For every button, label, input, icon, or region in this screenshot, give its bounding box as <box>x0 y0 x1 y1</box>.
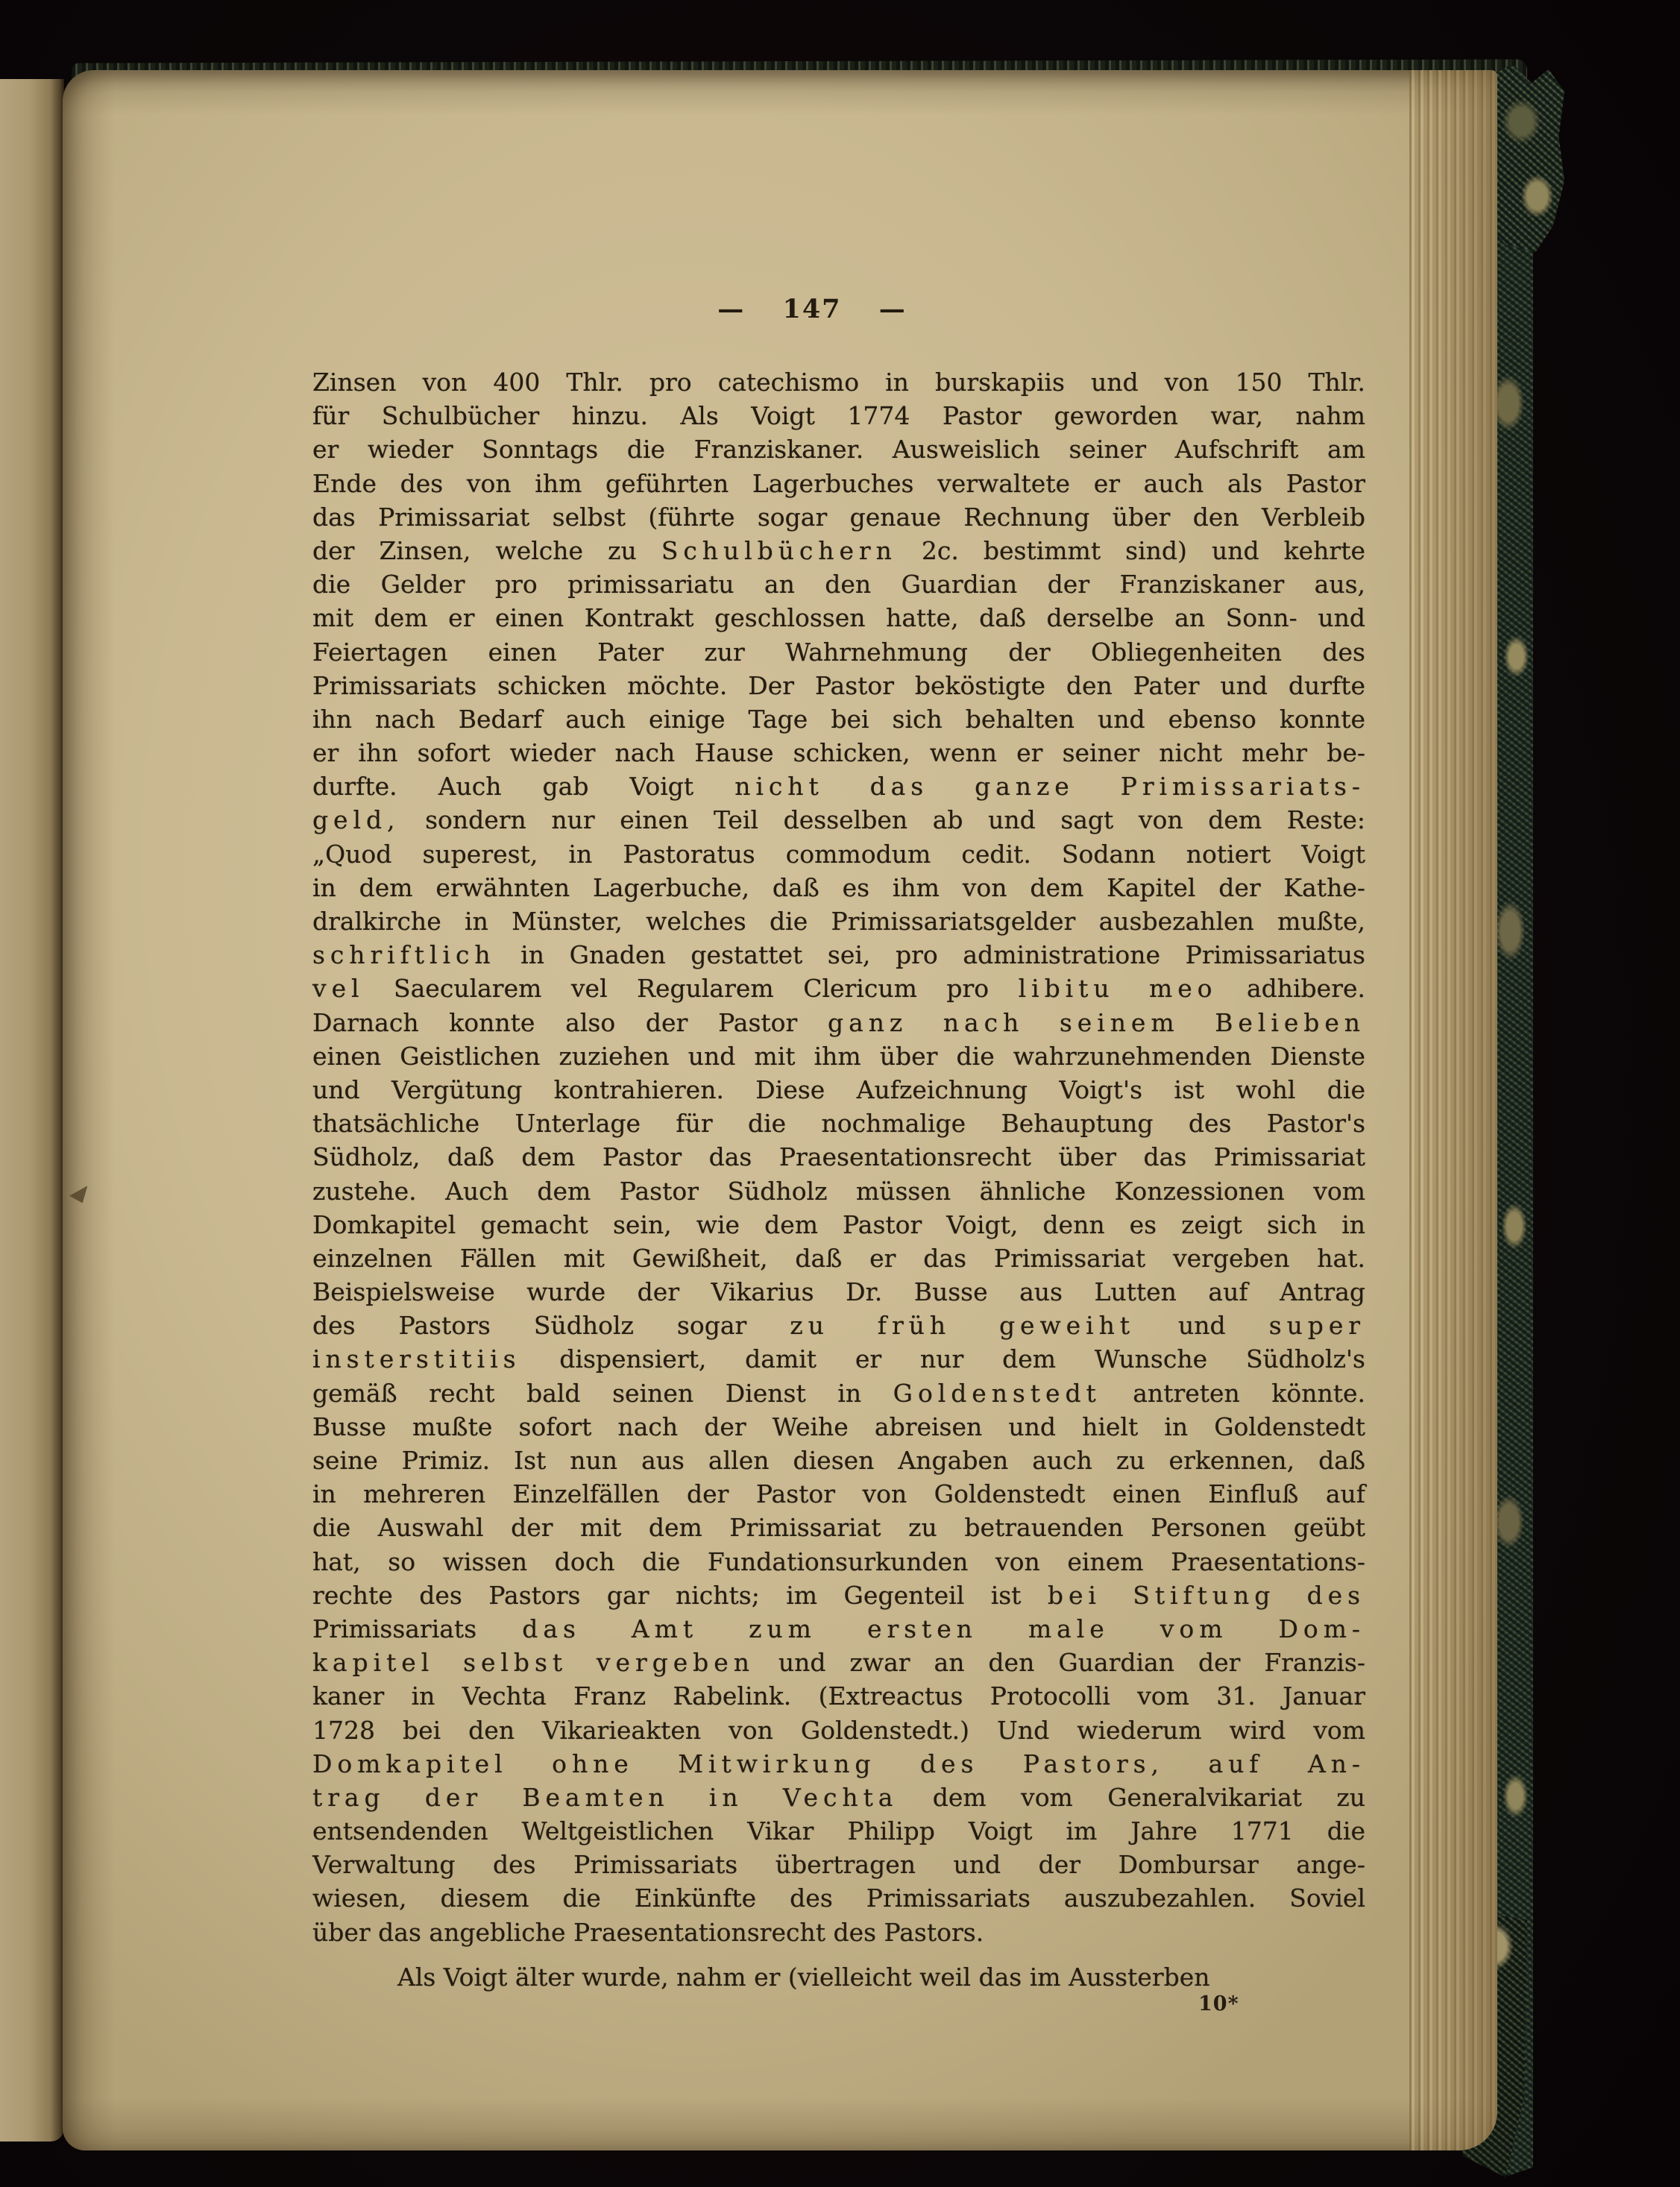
letterspaced-text: Domkapitel ohne Mitwirkung des Pastors, … <box>312 1749 1365 1778</box>
letterspaced-text: ganz nach seinem Belieben <box>828 1008 1365 1037</box>
text-line: Domkapitel ohne Mitwirkung des Pastors, … <box>312 1747 1365 1781</box>
marbled-cover-edge <box>1491 66 1533 2176</box>
text-line: „Quod superest, in Pastoratus commodum c… <box>312 837 1365 871</box>
letterspaced-text: nicht das ganze Primissariats- <box>734 772 1365 801</box>
body-text: hat, so wissen doch die Fundationsurkund… <box>312 1547 1365 1576</box>
text-line: der Zinsen, welche zu Schulbüchern 2c. b… <box>312 534 1365 567</box>
text-line: Primissariats schicken möchte. Der Pasto… <box>312 669 1365 702</box>
body-text: einzelnen Fällen mit Gewißheit, daß er d… <box>312 1244 1365 1273</box>
letterspaced-text: schriftlich <box>312 940 496 969</box>
body-text: kaner in Vechta Franz Rabelink. (Extreac… <box>312 1681 1365 1711</box>
body-text: und Vergütung kontrahieren. Diese Aufzei… <box>312 1075 1365 1104</box>
letterspaced-text: geld, <box>312 805 400 834</box>
text-line: Zinsen von 400 Thlr. pro catechismo in b… <box>312 365 1365 399</box>
letterspaced-text: Schulbüchern <box>661 536 897 565</box>
body-text: wiesen, diesem die Einkünfte des Primiss… <box>312 1884 1365 1913</box>
body-text: sondern nur einen Teil desselben ab und … <box>400 805 1365 834</box>
body-text: adhibere. <box>1217 974 1365 1003</box>
text-line: ihn nach Bedarf auch einige Tage bei sic… <box>312 702 1365 736</box>
text-line: einzelnen Fällen mit Gewißheit, daß er d… <box>312 1242 1365 1275</box>
body-text: Verwaltung des Primissariats übertragen … <box>312 1850 1365 1879</box>
text-line: vel Saecularem vel Regularem Clericum pr… <box>312 972 1365 1005</box>
body-text: Darnach konnte also der Pastor <box>312 1008 828 1037</box>
letterspaced-text: Goldenstedt <box>893 1379 1101 1408</box>
body-text: durfte. Auch gab Voigt <box>312 772 734 801</box>
text-line: in dem erwähnten Lagerbuche, daß es ihm … <box>312 871 1365 904</box>
text-line: Südholz, daß dem Pastor das Praesentatio… <box>312 1140 1365 1174</box>
book-page: — 147 — Zinsen von 400 Thlr. pro catechi… <box>63 70 1497 2150</box>
text-line: er wieder Sonntags die Franziskaner. Aus… <box>312 432 1365 466</box>
body-text: Primissariats <box>312 1614 522 1643</box>
body-text: Zinsen von 400 Thlr. pro catechismo in b… <box>312 368 1365 397</box>
body-text: 1728 bei den Vikarieakten von Goldensted… <box>312 1716 1365 1745</box>
body-text: rechte des Pastors gar nichts; im Gegent… <box>312 1581 1048 1610</box>
body-text: Feiertagen einen Pater zur Wahrnehmung d… <box>312 638 1365 667</box>
body-text: Beispielsweise wurde der Vikarius Dr. Bu… <box>312 1277 1365 1306</box>
letterspaced-text: trag der Beamten in Vechta <box>312 1783 898 1812</box>
body-text: 2c. bestimmt sind) und kehrte <box>897 536 1365 565</box>
text-line: schriftlich in Gnaden gestattet sei, pro… <box>312 938 1365 972</box>
signature-mark: 10* <box>1198 1992 1239 2015</box>
body-text: Busse mußte sofort nach der Weihe abreis… <box>312 1412 1365 1441</box>
letterspaced-text: bei Stiftung des <box>1048 1581 1365 1610</box>
letterspaced-text: libitu meo <box>1019 974 1218 1003</box>
body-text: die Auswahl der mit dem Primissariat zu … <box>312 1513 1365 1542</box>
text-line: Beispielsweise wurde der Vikarius Dr. Bu… <box>312 1275 1365 1309</box>
body-text: in dem erwähnten Lagerbuche, daß es ihm … <box>312 873 1365 902</box>
body-text: des Pastors Südholz sogar <box>312 1311 790 1340</box>
body-text: zustehe. Auch dem Pastor Südholz müssen … <box>312 1177 1365 1206</box>
text-line: für Schulbücher hinzu. Als Voigt 1774 Pa… <box>312 399 1365 432</box>
text-line: des Pastors Südholz sogar zu früh geweih… <box>312 1309 1365 1342</box>
text-line: Domkapitel gemacht sein, wie dem Pastor … <box>312 1208 1365 1242</box>
text-line: Ende des von ihm geführten Lagerbuches v… <box>312 467 1365 500</box>
text-line: das Primissariat selbst (führte sogar ge… <box>312 500 1365 534</box>
body-text: über das angebliche Praesentationsrecht … <box>312 1918 984 1947</box>
text-line: Feiertagen einen Pater zur Wahrnehmung d… <box>312 635 1365 669</box>
text-line: rechte des Pastors gar nichts; im Gegent… <box>312 1579 1365 1612</box>
body-text: entsendenden Weltgeistlichen Vikar Phili… <box>312 1816 1365 1845</box>
text-line: Als Voigt älter wurde, nahm er (vielleic… <box>312 1960 1365 1994</box>
body-text: ihn nach Bedarf auch einige Tage bei sic… <box>312 705 1365 734</box>
letterspaced-text: zu früh geweiht <box>790 1311 1135 1340</box>
text-line: Busse mußte sofort nach der Weihe abreis… <box>312 1410 1365 1444</box>
letterspaced-text: super <box>1269 1311 1365 1340</box>
body-text: dralkirche in Münster, welches die Primi… <box>312 907 1365 936</box>
body-text: mit dem er einen Kontrakt geschlossen ha… <box>312 603 1365 632</box>
body-text: und <box>1135 1311 1269 1340</box>
body-text: dispensiert, damit er nur dem Wunsche Sü… <box>520 1344 1365 1373</box>
text-line: gemäß recht bald seinen Dienst in Golden… <box>312 1376 1365 1410</box>
body-text: der Zinsen, welche zu <box>312 536 661 565</box>
text-line: thatsächliche Unterlage für die nochmali… <box>312 1107 1365 1140</box>
text-line: insterstitiis dispensiert, damit er nur … <box>312 1342 1365 1376</box>
text-line: kapitel selbst vergeben und zwar an den … <box>312 1646 1365 1679</box>
text-line: einen Geistlichen zuziehen und mit ihm ü… <box>312 1039 1365 1073</box>
body-text: Domkapitel gemacht sein, wie dem Pastor … <box>312 1210 1365 1239</box>
body-text: die Gelder pro primissariatu an den Guar… <box>312 570 1365 599</box>
text-line: entsendenden Weltgeistlichen Vikar Phili… <box>312 1814 1365 1848</box>
body-text: er wieder Sonntags die Franziskaner. Aus… <box>312 435 1365 464</box>
text-line: durfte. Auch gab Voigt nicht das ganze P… <box>312 770 1365 803</box>
text-line: die Gelder pro primissariatu an den Guar… <box>312 567 1365 601</box>
body-text: Als Voigt älter wurde, nahm er (vielleic… <box>397 1963 1210 1992</box>
text-line: dralkirche in Münster, welches die Primi… <box>312 904 1365 938</box>
body-text: thatsächliche Unterlage für die nochmali… <box>312 1109 1365 1138</box>
text-line: wiesen, diesem die Einkünfte des Primiss… <box>312 1881 1365 1915</box>
text-line: in mehreren Einzelfällen der Pastor von … <box>312 1477 1365 1511</box>
text-line: kaner in Vechta Franz Rabelink. (Extreac… <box>312 1679 1365 1713</box>
text-line: über das angebliche Praesentationsrecht … <box>312 1916 1365 1949</box>
text-line: zustehe. Auch dem Pastor Südholz müssen … <box>312 1174 1365 1208</box>
text-line: Primissariats das Amt zum ersten male vo… <box>312 1612 1365 1646</box>
text-line: und Vergütung kontrahieren. Diese Aufzei… <box>312 1073 1365 1107</box>
body-text: das Primissariat selbst (führte sogar ge… <box>312 503 1365 532</box>
letterspaced-text: insterstitiis <box>312 1344 520 1373</box>
body-text: antreten könnte. <box>1101 1379 1365 1408</box>
text-line: hat, so wissen doch die Fundationsurkund… <box>312 1545 1365 1579</box>
marbled-cover-corner-patch <box>1493 66 1564 252</box>
facing-page-edge <box>0 79 64 2142</box>
text-line: Darnach konnte also der Pastor ganz nach… <box>312 1006 1365 1039</box>
text-line: er ihn sofort wieder nach Hause schicken… <box>312 736 1365 770</box>
body-text: in Gnaden gestattet sei, pro administrat… <box>496 940 1365 969</box>
text-line: die Auswahl der mit dem Primissariat zu … <box>312 1511 1365 1544</box>
page-number-header: — 147 — <box>286 294 1338 324</box>
body-text: er ihn sofort wieder nach Hause schicken… <box>312 738 1365 767</box>
body-text: gemäß recht bald seinen Dienst in <box>312 1379 893 1408</box>
body-text: Ende des von ihm geführten Lagerbuches v… <box>312 469 1365 498</box>
book-scan-photograph: — 147 — Zinsen von 400 Thlr. pro catechi… <box>0 0 1680 2187</box>
page-edge-stack <box>1409 70 1497 2150</box>
body-text: in mehreren Einzelfällen der Pastor von … <box>312 1479 1365 1508</box>
body-text: Saecularem vel Regularem Clericum pro <box>365 974 1019 1003</box>
body-text: seine Primiz. Ist nun aus allen diesen A… <box>312 1446 1365 1475</box>
text-line: seine Primiz. Ist nun aus allen diesen A… <box>312 1444 1365 1477</box>
body-text: Primissariats schicken möchte. Der Pasto… <box>312 671 1365 700</box>
text-block: Zinsen von 400 Thlr. pro catechismo in b… <box>312 365 1365 1994</box>
letterspaced-text: kapitel selbst vergeben <box>312 1648 755 1677</box>
body-text: und zwar an den Guardian der Franzis- <box>755 1648 1365 1677</box>
letterspaced-text: vel <box>312 974 365 1003</box>
body-text: „Quod superest, in Pastoratus commodum c… <box>312 840 1365 869</box>
body-text: für Schulbücher hinzu. Als Voigt 1774 Pa… <box>312 401 1365 430</box>
body-text: einen Geistlichen zuziehen und mit ihm ü… <box>312 1042 1365 1071</box>
body-text: Südholz, daß dem Pastor das Praesentatio… <box>312 1142 1365 1171</box>
text-line: Verwaltung des Primissariats übertragen … <box>312 1848 1365 1881</box>
text-line: 1728 bei den Vikarieakten von Goldensted… <box>312 1714 1365 1747</box>
body-text: dem vom Generalvikariat zu <box>898 1783 1365 1812</box>
text-line: geld, sondern nur einen Teil desselben a… <box>312 803 1365 837</box>
letterspaced-text: das Amt zum ersten male vom Dom- <box>522 1614 1365 1643</box>
text-line: trag der Beamten in Vechta dem vom Gener… <box>312 1781 1365 1814</box>
text-line: mit dem er einen Kontrakt geschlossen ha… <box>312 601 1365 635</box>
